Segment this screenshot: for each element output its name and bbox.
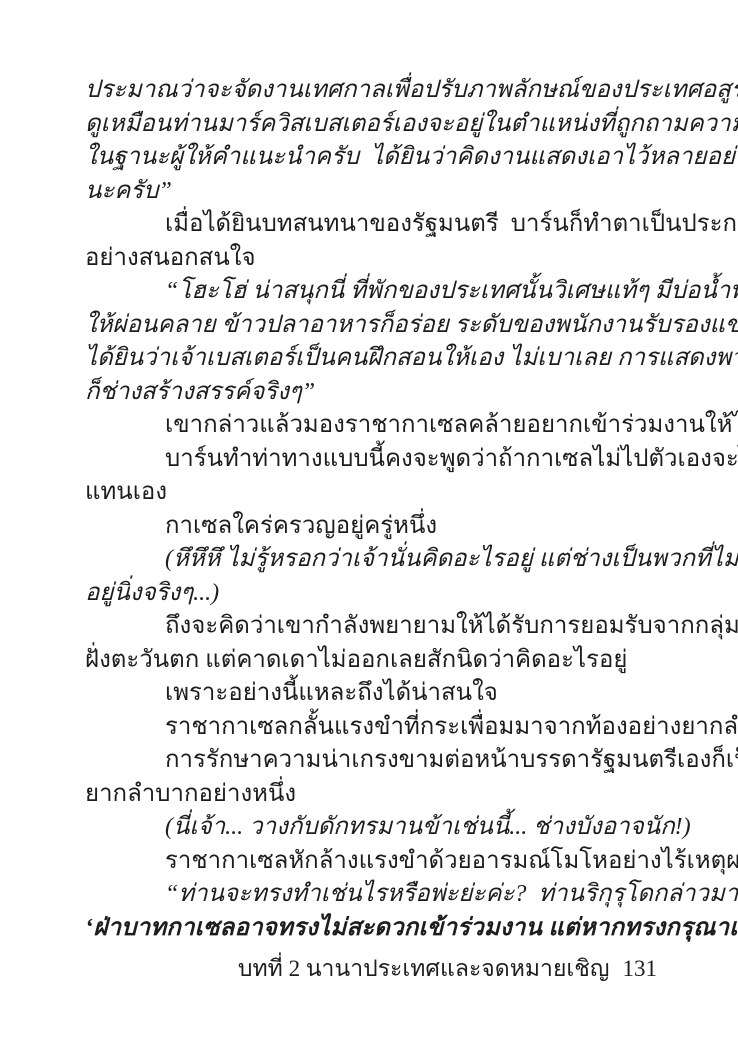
text-line: “ท่านจะทรงทำเช่นไรหรือพ่ะย่ะค่ะ? ท่านริก… <box>85 878 660 912</box>
page-footer: บทที่ 2 นานาประเทศและจดหมายเชิญ 131 <box>238 951 657 987</box>
book-page: ประมาณว่าจะจัดงานเทศกาลเพื่อปรับภาพลักษณ… <box>0 0 738 1051</box>
text-line: การรักษาความน่าเกรงขามต่อหน้าบรรดารัฐมนต… <box>85 744 660 778</box>
text-line: แทนเอง <box>85 476 660 510</box>
text-line: ยากลำบากอย่างหนึ่ง <box>85 778 660 812</box>
page-text: ประมาณว่าจะจัดงานเทศกาลเพื่อปรับภาพลักษณ… <box>85 74 660 945</box>
text-line: ‘ฝ่าบาทกาเซลอาจทรงไม่สะดวกเข้าร่วมงาน แต… <box>85 912 660 946</box>
text-line: กาเซลใคร่ครวญอยู่ครู่หนึ่ง <box>85 510 660 544</box>
text-line: นะครับ” <box>85 175 660 209</box>
text-line: (นี่เจ้า... วางกับดักทรมานข้าเช่นนี้... … <box>85 811 660 845</box>
text-line: อย่างสนอกสนใจ <box>85 242 660 276</box>
page-number: 131 <box>623 956 658 982</box>
text-line: (หึหึหึ ไม่รู้หรอกว่าเจ้านั่นคิดอะไรอยู่… <box>85 543 660 577</box>
text-line: ก็ช่างสร้างสรรค์จริงๆ” <box>85 376 660 410</box>
text-line: เพราะอย่างนี้แหละถึงได้น่าสนใจ <box>85 677 660 711</box>
text-line: ให้ผ่อนคลาย ข้าวปลาอาหารก็อร่อย ระดับของ… <box>85 309 660 343</box>
text-line: ถึงจะคิดว่าเขากำลังพยายามให้ได้รับการยอม… <box>85 610 660 644</box>
chapter-title: บทที่ 2 นานาประเทศและจดหมายเชิญ <box>238 951 610 987</box>
text-line: เขากล่าวแล้วมองราชากาเซลคล้ายอยากเข้าร่ว… <box>85 409 660 443</box>
text-line: ประมาณว่าจะจัดงานเทศกาลเพื่อปรับภาพลักษณ… <box>85 74 660 108</box>
text-line: “โฮะโฮ่ น่าสนุกนี่ ที่พักของประเทศนั้นวิ… <box>85 275 660 309</box>
text-line: อยู่นิ่งจริงๆ...) <box>85 577 660 611</box>
text-line: ราชากาเซลหักล้างแรงขำด้วยอารมณ์โมโหอย่าง… <box>85 845 660 879</box>
text-line: บาร์นทำท่าทางแบบนี้คงจะพูดว่าถ้ากาเซลไม่… <box>85 443 660 477</box>
text-line: ในฐานะผู้ให้คำแนะนำครับ ได้ยินว่าคิดงานแ… <box>85 141 660 175</box>
text-line: ได้ยินว่าเจ้าเบสเตอร์เป็นคนฝึกสอนให้เอง … <box>85 342 660 376</box>
text-line: ราชากาเซลกลั้นแรงขำที่กระเพื่อมมาจากท้อง… <box>85 711 660 745</box>
text-line: ดูเหมือนท่านมาร์ควิสเบสเตอร์เองจะอยู่ในต… <box>85 108 660 142</box>
text-line: เมื่อได้ยินบทสนทนาของรัฐมนตรี บาร์นก็ทำต… <box>85 208 660 242</box>
text-line: ฝั่งตะวันตก แต่คาดเดาไม่ออกเลยสักนิดว่าค… <box>85 644 660 678</box>
